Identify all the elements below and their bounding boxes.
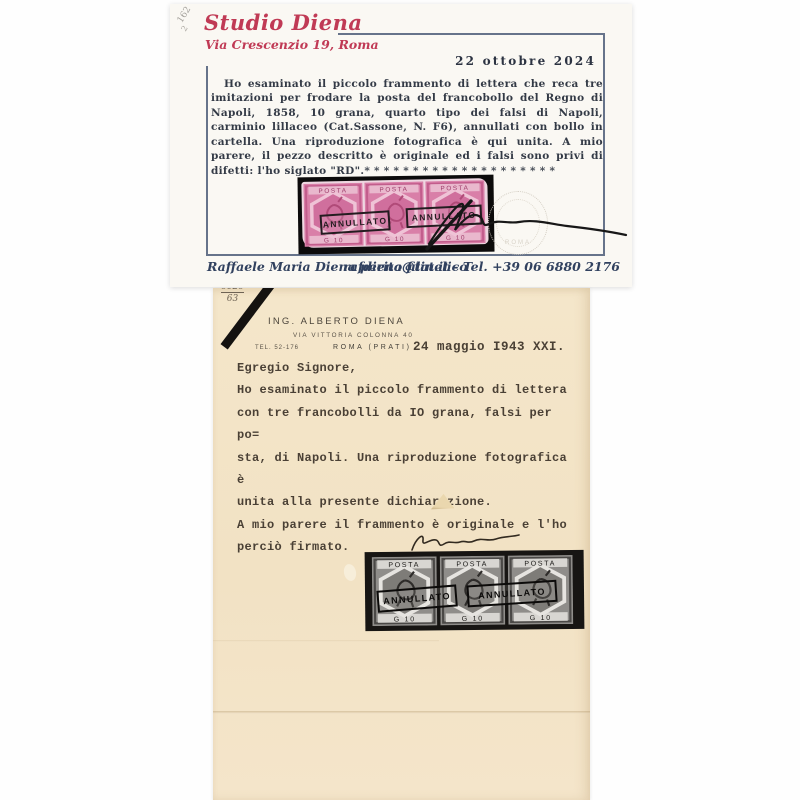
typed-line: sta, di Napoli. Una riproduzione fotogra… [237, 447, 577, 492]
certificate-body: Ho esaminato il piccolo frammento di let… [211, 77, 603, 178]
bw-photo: POSTA G 10 POSTA G 10 POSTA [365, 550, 585, 631]
stamp-bottom-label: G 10 [530, 615, 552, 622]
pencil-note: 162 [176, 5, 194, 25]
typed-line: Ho esaminato il piccolo frammento di let… [237, 379, 577, 401]
typed-line: unita alla presente dichiarazione. [237, 491, 577, 513]
stamp-top-label: POSTA [456, 561, 488, 568]
body-line: cartella. Una riproduzione fotografica è… [211, 135, 603, 149]
typed-line: con tre francobolli da IO grana, falsi p… [237, 402, 577, 447]
body-line: Napoli, 1858, 10 grana, quarto tipo dei … [211, 106, 603, 120]
certificate-date: 22 ottobre 2024 [455, 54, 596, 68]
stamp-top-label: POSTA [379, 186, 408, 194]
letterhead-1943-city: ROMA (PRATI) [333, 344, 412, 351]
expert-signature [425, 194, 630, 252]
pencil-number-bottom: 63 [221, 292, 244, 304]
body-line: parere, il pezzo descritto è originale e… [211, 149, 603, 163]
letter-1943: 6026 63 ING. ALBERTO DIENA VIA VITTORIA … [213, 288, 590, 800]
stamp-top-label: POSTA [388, 562, 420, 569]
paper-crease [213, 640, 439, 642]
letterhead-1943-address: VIA VITTORIA COLONNA 40 [293, 332, 414, 339]
paper-spot [342, 563, 357, 582]
stamp-top-label: POSTA [524, 560, 556, 567]
footer-contact: rafdiena@tin.it - Tel. +39 06 6880 2176 [343, 259, 620, 274]
stamp-top-label: POSTA [318, 187, 347, 195]
letterhead-address: Via Crescenzio 19, Roma [205, 37, 379, 52]
typed-date: 24 maggio I943 XXI. [413, 340, 565, 354]
pencil-number: 6026 63 [221, 288, 244, 304]
letterhead-name: Studio Diena [204, 10, 363, 35]
pencil-note-2: 2 [179, 24, 189, 33]
certificate-frame-top [338, 33, 605, 35]
body-line: carminio lillaceo (Cat.Sassone, N. F6), … [211, 120, 603, 134]
stamp-bottom-label: G 10 [385, 236, 405, 243]
salutation: Egregio Signore, [237, 357, 577, 379]
certificate-frame-bottom [206, 254, 605, 256]
typed-body: Egregio Signore, Ho esaminato il piccolo… [237, 357, 577, 559]
body-line: imitazioni per frodare la posta del fran… [211, 91, 603, 105]
stamp-bottom-label: G 10 [394, 616, 416, 623]
stamp-top-label: POSTA [440, 185, 469, 193]
letterhead-1943-tel: TEL. 52-176 [255, 345, 299, 351]
typed-line: A mio parere il frammento è originale e … [237, 514, 577, 536]
stamp-bottom-label: G 10 [462, 616, 484, 623]
certificate-frame-left [206, 66, 208, 256]
certificate-2024: 162 2 Studio Diena Via Crescenzio 19, Ro… [170, 4, 632, 287]
body-line: Ho esaminato il piccolo frammento di let… [211, 77, 603, 91]
letterhead-1943-name: ING. ALBERTO DIENA [268, 316, 405, 327]
stamp-bottom-label: G 10 [324, 237, 344, 244]
paper-crease [213, 711, 590, 714]
pencil-number-top: 6026 [221, 288, 244, 292]
scan-canvas: 162 2 Studio Diena Via Crescenzio 19, Ro… [0, 0, 800, 800]
